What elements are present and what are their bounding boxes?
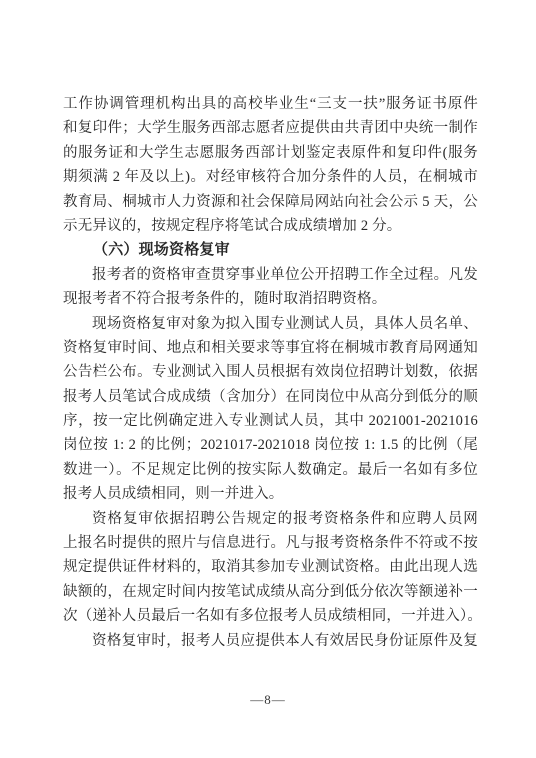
- text-line: 数进一）。不足规定比例的按实际人数确定。最后一名如有多位: [63, 458, 478, 482]
- text-line: 资格复审时间、地点和相关要求等事宜将在桐城市教育局网通知: [63, 336, 478, 360]
- text-line: 的服务证和大学生志愿服务西部计划鉴定表原件和复印件(服务: [63, 141, 478, 165]
- page-number: —8—: [0, 692, 536, 708]
- text-line: 示无异议的，按规定程序将笔试合成成绩增加 2 分。: [63, 214, 478, 238]
- text-line: 缺额的，在规定时间内按笔试成绩从高分到低分依次等额递补一: [63, 580, 478, 604]
- text-line: 现场资格复审对象为拟入围专业测试人员，具体人员名单、: [63, 312, 478, 336]
- text-line: 工作协调管理机构出具的高校毕业生“三支一扶”服务证书原件: [63, 92, 478, 116]
- text-line: 现报考者不符合报考条件的，随时取消招聘资格。: [63, 287, 478, 311]
- text-line: 次（递补人员最后一名如有多位报考人员成绩相同，一并进入）。: [63, 604, 478, 628]
- text-line: 规定提供证件材料的，取消其参加专业测试资格。由此出现人选: [63, 555, 478, 579]
- section-heading: （六）现场资格复审: [63, 238, 478, 262]
- text-line: 序，按一定比例确定进入专业测试人员，其中 2021001-2021016: [63, 409, 478, 433]
- text-line: 资格复审依据招聘公告规定的报考资格条件和应聘人员网: [63, 507, 478, 531]
- document-page: 工作协调管理机构出具的高校毕业生“三支一扶”服务证书原件 和复印件；大学生服务西…: [0, 0, 536, 758]
- text-line: 教育局、桐城市人力资源和社会保障局网站向社会公示 5 天，公: [63, 190, 478, 214]
- text-line: 资格复审时，报考人员应提供本人有效居民身份证原件及复: [63, 629, 478, 653]
- text-line: 报考者的资格审查贯穿事业单位公开招聘工作全过程。凡发: [63, 263, 478, 287]
- text-block: 工作协调管理机构出具的高校毕业生“三支一扶”服务证书原件 和复印件；大学生服务西…: [63, 92, 478, 653]
- text-line: 上报名时提供的照片与信息进行。凡与报考资格条件不符或不按: [63, 531, 478, 555]
- text-line: 报考人员成绩相同，则一并进入。: [63, 482, 478, 506]
- text-line: 和复印件；大学生服务西部志愿者应提供由共青团中央统一制作: [63, 116, 478, 140]
- text-line: 公告栏公布。专业测试入围人员根据有效岗位招聘计划数，依据: [63, 360, 478, 384]
- text-line: 岗位按 1: 2 的比例；2021017-2021018 岗位按 1: 1.5 …: [63, 433, 478, 457]
- text-line: 期须满 2 年及以上)。对经审核符合加分条件的人员，在桐城市: [63, 165, 478, 189]
- text-line: 报考人员笔试合成成绩（含加分）在同岗位中从高分到低分的顺: [63, 385, 478, 409]
